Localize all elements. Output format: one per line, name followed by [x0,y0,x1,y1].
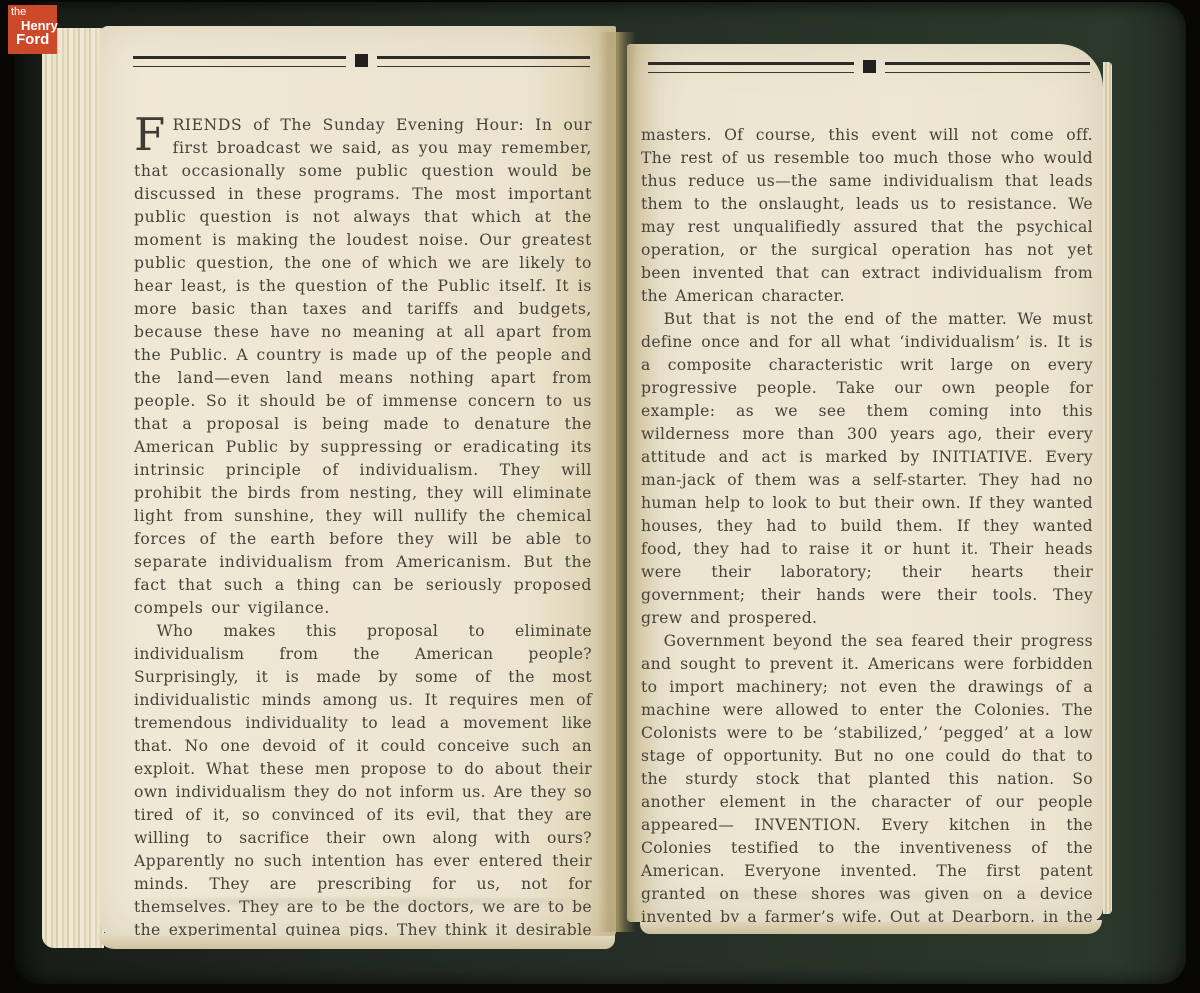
photo-background: FRIENDS of The Sunday Evening Hour: In o… [0,0,1200,993]
page-edges-left [42,28,104,948]
ornament-rule-left [648,62,854,73]
page-showthrough [651,892,1063,899]
page-edges-right [1103,62,1112,914]
logo-text-ford: Ford [16,31,49,48]
header-ornament [648,62,1090,73]
right-page-text: masters. Of course, this event will not … [641,124,1093,922]
ornament-rule-right [377,56,590,67]
logo-text-the: the [11,6,26,18]
body-paragraph: Who makes this proposal to eliminate ind… [134,620,592,936]
right-page: masters. Of course, this event will not … [627,44,1103,922]
page-showthrough [140,898,580,905]
body-paragraph: Government beyond the sea feared their p… [641,630,1093,922]
paragraph-text: RIENDS of The Sunday Evening Hour: In ou… [134,116,592,617]
ornament-square [863,60,876,73]
body-paragraph: masters. Of course, this event will not … [641,124,1093,308]
header-ornament [133,56,590,67]
left-page: FRIENDS of The Sunday Evening Hour: In o… [100,26,616,936]
page-edges-bottom-right [640,920,1102,934]
henry-ford-logo: the Henry Ford [8,5,57,54]
drop-cap: F [134,114,173,154]
ornament-square [355,54,368,67]
left-page-text: FRIENDS of The Sunday Evening Hour: In o… [134,114,592,936]
ornament-rule-left [133,56,346,67]
body-paragraph: FRIENDS of The Sunday Evening Hour: In o… [134,114,592,620]
body-paragraph: But that is not the end of the matter. W… [641,308,1093,630]
ornament-rule-right [885,62,1091,73]
